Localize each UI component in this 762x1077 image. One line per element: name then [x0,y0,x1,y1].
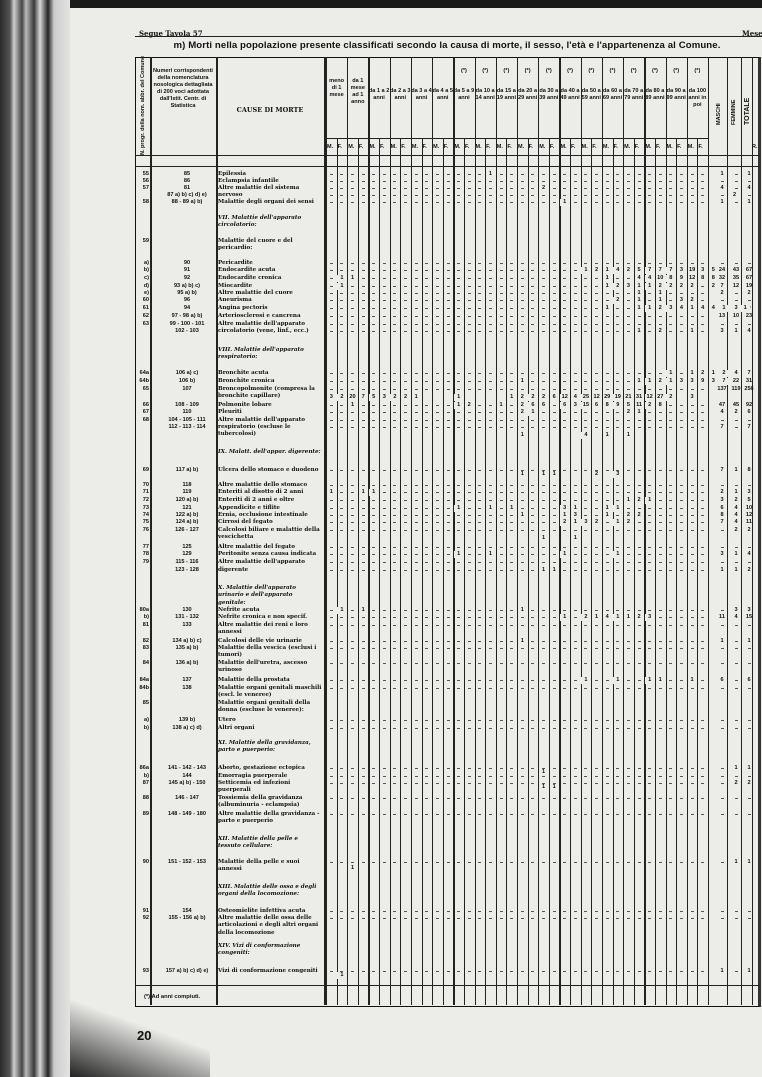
empty-dash [606,485,609,486]
empty-dash [372,768,375,769]
empty-dash [404,308,407,309]
empty-dash [372,515,375,516]
empty-dash [457,971,460,972]
empty-dash [457,814,460,815]
empty-dash [595,324,598,325]
empty-dash [340,181,343,182]
empty-dash [351,798,354,799]
empty-dash [748,688,751,689]
empty-dash [436,188,439,189]
empty-dash [595,316,598,317]
empty-dash [478,316,481,317]
empty-dash [468,286,471,287]
empty-dash [531,278,534,279]
age-group-header: da 90 a 99 anni [666,88,687,102]
age-cell-value: 2 [729,192,740,198]
empty-dash [553,286,556,287]
empty-dash [595,768,598,769]
empty-dash [393,547,396,548]
age-cell-value: 1 [602,267,613,273]
empty-dash [425,570,428,571]
empty-dash [659,625,662,626]
empty-dash [404,663,407,664]
empty-dash [393,202,396,203]
age-cell-value: 2 [390,394,401,400]
empty-dash [563,798,566,799]
empty-dash [721,562,724,563]
empty-dash [659,547,662,548]
age-cell-value: 27 [655,394,666,400]
empty-dash [436,688,439,689]
empty-dash [648,547,651,548]
empty-dash [351,500,354,501]
empty-dash [721,798,724,799]
empty-dash [478,648,481,649]
empty-dash [351,547,354,548]
scan-top-edge [0,0,762,8]
empty-dash [425,263,428,264]
empty-dash [701,202,704,203]
empty-dash [531,427,534,428]
empty-dash [553,918,556,919]
empty-dash [457,300,460,301]
empty-dash [584,688,587,689]
age-cell-value: 12 [559,394,570,400]
empty-dash [468,373,471,374]
empty-dash [436,420,439,421]
empty-dash [457,720,460,721]
sex-header-female: F. [380,144,384,150]
empty-dash [553,641,556,642]
age-cell-value: 1 [613,551,624,557]
section-heading: VII. Malattie dell'apparato circolatorio… [218,215,322,230]
empty-dash [468,508,471,509]
empty-dash [735,427,738,428]
males-total: 1 [716,171,728,178]
row-number: 84b [137,685,149,692]
age-cell-value: 7 [358,394,369,400]
empty-dash [468,181,471,182]
empty-dash [721,625,724,626]
empty-dash [393,278,396,279]
sex-header-male: M. [688,144,694,150]
empty-dash [691,324,694,325]
empty-dash [457,174,460,175]
empty-dash [584,862,587,863]
empty-dash [606,720,609,721]
empty-dash [701,389,704,390]
empty-dash [595,492,598,493]
empty-dash [489,648,492,649]
empty-dash [500,562,503,563]
empty-dash [393,720,396,721]
empty-dash [500,381,503,382]
empty-dash [393,570,396,571]
empty-dash [468,776,471,777]
empty-dash [468,911,471,912]
empty-dash [616,293,619,294]
empty-dash [489,798,492,799]
empty-dash [468,570,471,571]
empty-dash [563,500,566,501]
empty-dash [340,188,343,189]
empty-dash [701,814,704,815]
empty-dash [574,300,577,301]
empty-dash [351,776,354,777]
empty-dash [606,776,609,777]
empty-dash [627,547,630,548]
empty-dash [627,720,630,721]
empty-dash [468,562,471,563]
empty-dash [425,547,428,548]
age-cell-value: 2 [666,394,677,400]
empty-dash [340,331,343,332]
empty-dash [351,316,354,317]
empty-dash [595,515,598,516]
empty-dash [404,373,407,374]
empty-dash [489,405,492,406]
empty-dash [425,768,428,769]
empty-dash [489,420,492,421]
empty-dash [680,625,683,626]
empty-dash [735,263,738,264]
age-group-header: da 1 mese ad 1 anno [347,78,368,106]
empty-dash [478,195,481,196]
empty-dash [616,728,619,729]
grand-total: 2 [743,527,755,534]
empty-dash [340,918,343,919]
empty-dash [404,470,407,471]
males-total: 11 [716,614,728,621]
empty-dash [584,300,587,301]
empty-dash [425,174,428,175]
empty-dash [415,768,418,769]
age-cell-value: 12 [591,394,602,400]
empty-dash [372,308,375,309]
empty-dash [584,174,587,175]
empty-dash [574,971,577,972]
empty-dash [680,324,683,325]
empty-dash [351,492,354,493]
empty-dash [542,515,545,516]
empty-dash [383,688,386,689]
empty-dash [553,663,556,664]
empty-dash [457,776,460,777]
empty-dash [606,188,609,189]
empty-dash [415,293,418,294]
age-cell-value: 1 [570,519,581,525]
age-cell-value: 3 [613,471,624,477]
column-rule [464,138,465,1005]
empty-dash [542,862,545,863]
empty-dash [468,720,471,721]
empty-dash [425,720,428,721]
empty-dash [542,728,545,729]
empty-dash [669,522,672,523]
code-column-header: Numeri corrispondenti della nomenclatura… [152,68,214,110]
males-total: 13 [716,313,728,320]
empty-dash [669,263,672,264]
age-cell-value: 2 [708,283,719,289]
empty-dash [574,492,577,493]
empty-dash [553,316,556,317]
empty-dash [669,405,672,406]
age-note-marker: (*) [623,68,644,75]
empty-dash [436,174,439,175]
empty-dash [680,522,683,523]
empty-dash [606,181,609,182]
empty-dash [447,814,450,815]
empty-dash [638,610,641,611]
empty-dash [595,554,598,555]
empty-dash [748,485,751,486]
empty-dash [372,405,375,406]
nomenclature-code: 129 [152,551,222,558]
empty-dash [648,641,651,642]
empty-dash [531,862,534,863]
age-cell-value: 1 [549,784,560,790]
empty-dash [404,500,407,501]
empty-dash [701,768,704,769]
empty-dash [351,971,354,972]
empty-dash [468,308,471,309]
empty-dash [659,470,662,471]
empty-dash [748,420,751,421]
age-cell-value: 4 [676,305,687,311]
empty-dash [574,202,577,203]
empty-dash [404,570,407,571]
males-total: 4 [716,185,728,192]
empty-dash [606,373,609,374]
empty-dash [510,278,513,279]
empty-dash [372,202,375,203]
empty-dash [648,776,651,777]
age-cell-value: 12 [687,275,698,281]
empty-dash [436,202,439,203]
empty-dash [510,625,513,626]
empty-dash [721,420,724,421]
empty-dash [415,300,418,301]
empty-dash [500,641,503,642]
empty-dash [669,562,672,563]
empty-dash [616,648,619,649]
empty-dash [351,263,354,264]
empty-dash [478,522,481,523]
empty-dash [457,500,460,501]
empty-dash [627,862,630,863]
empty-dash [563,648,566,649]
empty-dash [404,617,407,618]
empty-dash [606,195,609,196]
empty-dash [489,412,492,413]
empty-dash [638,783,641,784]
females-total: 2 [730,497,742,504]
empty-dash [553,195,556,196]
cause-label: Malattie organi genitali maschili (escl.… [218,685,322,700]
empty-dash [447,971,450,972]
empty-dash [415,522,418,523]
empty-dash [330,971,333,972]
empty-dash [659,768,662,769]
empty-dash [584,641,587,642]
empty-dash [415,971,418,972]
empty-dash [372,783,375,784]
empty-dash [436,641,439,642]
age-cell-value: 7 [644,267,655,273]
empty-dash [425,195,428,196]
age-cell-value: 2 [613,297,624,303]
empty-dash [425,508,428,509]
empty-dash [531,617,534,618]
empty-dash [553,617,556,618]
empty-dash [425,911,428,912]
empty-dash [393,300,396,301]
empty-dash [691,420,694,421]
age-cell-value: 1 [538,471,549,477]
empty-dash [372,188,375,189]
empty-dash [542,798,545,799]
age-cell-value: 3 [623,283,634,289]
empty-dash [330,798,333,799]
nomenclature-code: 137 [152,677,222,684]
empty-dash [362,663,365,664]
empty-dash [606,293,609,294]
empty-dash [447,331,450,332]
age-cell-value: 3 [687,378,698,384]
empty-dash [478,768,481,769]
empty-dash [489,918,492,919]
empty-dash [404,648,407,649]
empty-dash [478,470,481,471]
empty-dash [500,389,503,390]
sex-header-female: F. [635,144,639,150]
empty-dash [659,389,662,390]
empty-dash [330,720,333,721]
empty-dash [436,485,439,486]
empty-dash [447,776,450,777]
empty-dash [351,515,354,516]
empty-dash [595,500,598,501]
age-cell-value: 2 [464,402,475,408]
age-cell-value: 1 [538,784,549,790]
empty-dash [542,814,545,815]
empty-dash [531,648,534,649]
empty-dash [553,492,556,493]
table-title: m) Morti nella popolazione presente clas… [136,40,758,51]
empty-dash [510,316,513,317]
empty-dash [521,308,524,309]
empty-dash [500,688,503,689]
age-cell-value: 3 [644,614,655,620]
empty-dash [330,389,333,390]
empty-dash [447,625,450,626]
empty-dash [553,862,556,863]
empty-dash [372,293,375,294]
empty-dash [478,862,481,863]
column-rule [538,57,539,1005]
age-cell-value: 6 [591,402,602,408]
empty-dash [351,412,354,413]
empty-dash [595,814,598,815]
empty-dash [735,648,738,649]
cause-label: Aborto, gestazione ectopica [218,765,322,772]
empty-dash [627,181,630,182]
grand-total: 7 [743,424,755,431]
empty-dash [415,381,418,382]
age-cell-value: 2 [655,305,666,311]
empty-dash [701,530,704,531]
empty-dash [393,286,396,287]
age-cell-value: 2 [676,283,687,289]
empty-dash [680,508,683,509]
empty-dash [595,412,598,413]
age-cell-value: 1 [613,519,624,525]
age-cell-value: 4 [697,305,708,311]
empty-dash [393,641,396,642]
empty-dash [563,293,566,294]
empty-dash [404,625,407,626]
empty-dash [680,680,683,681]
empty-dash [447,427,450,428]
empty-dash [542,316,545,317]
empty-dash [478,720,481,721]
empty-dash [393,500,396,501]
empty-dash [669,500,672,501]
empty-dash [669,300,672,301]
empty-dash [595,680,598,681]
empty-dash [510,405,513,406]
age-note-marker: (*) [453,68,474,75]
age-cell-value: 1 [337,972,348,978]
empty-dash [553,389,556,390]
empty-dash [691,862,694,863]
age-cell-value: 2 [687,283,698,289]
empty-dash [383,918,386,919]
age-cell-value: 1 [549,567,560,573]
empty-dash [383,798,386,799]
empty-dash [510,862,513,863]
section-heading: XII. Malattie della pelle e tessuto cell… [218,836,322,851]
empty-dash [489,188,492,189]
empty-dash [542,308,545,309]
empty-dash [691,522,694,523]
empty-dash [383,381,386,382]
age-cell-value: 2 [623,267,634,273]
empty-dash [574,293,577,294]
empty-dash [521,278,524,279]
empty-dash [595,862,598,863]
empty-dash [500,776,503,777]
empty-dash [425,485,428,486]
empty-dash [648,389,651,390]
empty-dash [457,680,460,681]
empty-dash [627,562,630,563]
empty-dash [489,470,492,471]
empty-dash [638,188,641,189]
nomenclature-code: 110 [152,409,222,416]
empty-dash [340,522,343,523]
empty-dash [669,202,672,203]
empty-dash [478,776,481,777]
empty-dash [383,293,386,294]
empty-dash [489,202,492,203]
empty-dash [362,971,365,972]
age-cell-value: 6 [538,402,549,408]
empty-dash [616,610,619,611]
sex-header-male: M. [539,144,545,150]
empty-dash [351,293,354,294]
empty-dash [351,324,354,325]
